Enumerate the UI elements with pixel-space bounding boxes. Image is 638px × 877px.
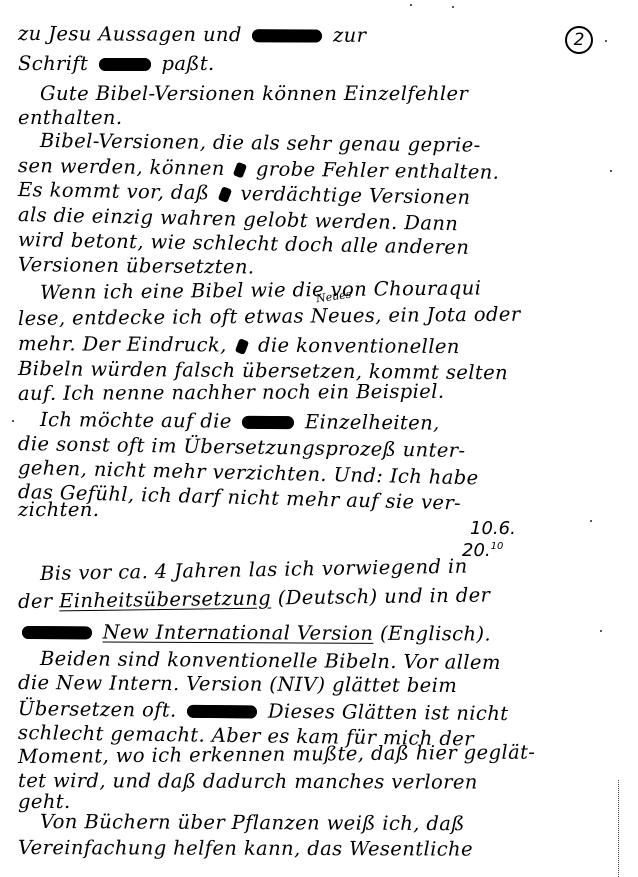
text-line: Versionen übersetzten. bbox=[18, 253, 255, 278]
handwritten-text: Ich möchte auf die bbox=[40, 408, 232, 433]
page-number-circle: 2 bbox=[565, 26, 593, 54]
handwritten-text: zur bbox=[333, 24, 366, 47]
handwritten-text: grobe Fehler enthalten. bbox=[256, 157, 500, 183]
redaction-scribble bbox=[22, 626, 92, 639]
date-superscript: 10 bbox=[491, 541, 504, 552]
redaction-scribble bbox=[99, 58, 151, 71]
handwritten-text: mehr. Der Eindruck, bbox=[18, 332, 227, 356]
text-line: Übersetzen oft. Dieses Glätten ist nicht bbox=[18, 697, 509, 725]
text-line: auf. Ich nenne nachher noch ein Beispiel… bbox=[18, 380, 445, 405]
handwritten-text: Einzelheiten, bbox=[305, 410, 440, 434]
handwritten-text: paßt. bbox=[161, 52, 214, 75]
handwritten-text: Übersetzen oft. bbox=[18, 697, 177, 722]
scan-speckle bbox=[610, 170, 612, 172]
handwritten-text: Es kommt vor, daß bbox=[18, 178, 210, 204]
redaction-scribble bbox=[233, 161, 247, 178]
text-line: Bibel-Versionen, die als sehr genau gepr… bbox=[40, 129, 481, 157]
redaction-scribble bbox=[242, 416, 294, 429]
redaction-scribble bbox=[252, 29, 322, 42]
handwritten-text: verdächtige Versionen bbox=[240, 182, 470, 209]
scan-speckle bbox=[452, 6, 454, 8]
text-line: mehr. Der Eindruck, die konventionellen bbox=[18, 332, 460, 358]
handwritten-text: zu Jesu Aussagen und bbox=[18, 22, 242, 46]
text-line: Wenn ich eine Bibel wie die von Chouraqu… bbox=[40, 276, 482, 304]
scanned-handwritten-page: 2 zu Jesu Aussagen und zur Schrift paßt.… bbox=[0, 0, 638, 877]
text-line: der Einheitsübersetzung (Deutsch) und in… bbox=[18, 583, 491, 613]
handwritten-text: der bbox=[18, 590, 53, 613]
redaction-scribble bbox=[218, 186, 232, 203]
scan-speckle bbox=[590, 520, 592, 522]
scan-speckle bbox=[600, 630, 602, 632]
date-line: 20.10 bbox=[462, 540, 503, 561]
handwritten-text: (Englisch). bbox=[380, 622, 491, 646]
text-line: Moment, wo ich erkennen mußte, daß hier … bbox=[18, 740, 536, 768]
text-line: Ich möchte auf die Einzelheiten, bbox=[40, 408, 440, 434]
underlined-title: New International Version bbox=[103, 620, 374, 644]
scan-speckle bbox=[410, 4, 412, 6]
handwritten-text: Schrift bbox=[18, 52, 88, 75]
handwritten-text: Dieses Glätten ist nicht bbox=[268, 700, 509, 726]
text-line: Vereinfachung helfen kann, das Wesentlic… bbox=[18, 836, 473, 861]
handwritten-text: die konventionellen bbox=[258, 334, 460, 358]
scan-speckle bbox=[12, 420, 14, 422]
text-line: Beiden sind konventionelle Bibeln. Vor a… bbox=[40, 647, 501, 674]
underlined-title: Einheitsübersetzung bbox=[59, 586, 271, 612]
text-line: lese, entdecke ich oft etwas Neues, ein … bbox=[18, 303, 521, 330]
redaction-scribble bbox=[187, 705, 257, 719]
handwritten-text: (Deutsch) und in der bbox=[278, 583, 491, 609]
date-line: 10.6. bbox=[470, 518, 516, 539]
text-line: New International Version (Englisch). bbox=[18, 620, 491, 645]
scan-margin-artifact bbox=[618, 780, 619, 877]
text-line: die New Intern. Version (NIV) glättet be… bbox=[18, 671, 457, 697]
redaction-scribble bbox=[235, 338, 249, 355]
text-line: Schrift paßt. bbox=[18, 52, 215, 75]
text-line: Von Büchern über Pflanzen weiß ich, daß bbox=[40, 810, 465, 835]
scan-speckle bbox=[605, 40, 607, 42]
text-line: Gute Bibel-Versionen können Einzelfehler bbox=[40, 82, 468, 105]
text-line: zu Jesu Aussagen und zur bbox=[18, 22, 367, 47]
text-line: tet wird, und daß dadurch manches verlor… bbox=[18, 769, 478, 794]
text-line: zichten. bbox=[18, 498, 99, 521]
text-line: Bis vor ca. 4 Jahren las ich vorwiegend … bbox=[40, 555, 468, 585]
text-line: enthalten. bbox=[18, 106, 123, 129]
handwritten-text: sen werden, können bbox=[18, 154, 225, 180]
